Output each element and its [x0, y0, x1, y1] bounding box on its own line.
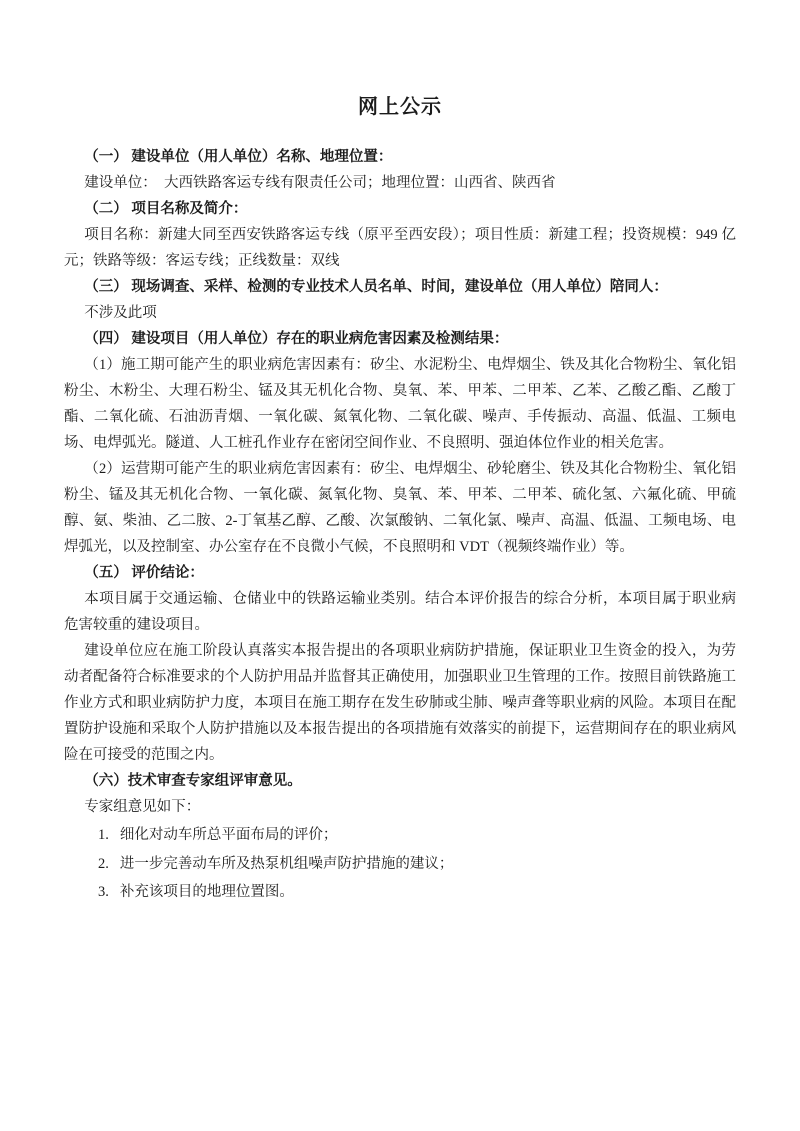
- section-project-name: （二） 项目名称及简介： 项目名称：新建大同至西安铁路客运专线（原平至西安段）；…: [64, 196, 736, 274]
- expert-opinion-item-1-number: 1.: [98, 821, 109, 850]
- page-title: 网上公示: [64, 92, 736, 122]
- section-1-paragraph: 建设单位： 大西铁路客运专线有限责任公司；地理位置：山西省、陕西省: [64, 170, 736, 196]
- section-construction-unit: （一） 建设单位（用人单位）名称、地理位置： 建设单位： 大西铁路客运专线有限责…: [64, 144, 736, 196]
- section-3-heading: （三） 现场调查、采样、检测的专业技术人员名单、时间，建设单位（用人单位）陪同人…: [64, 274, 736, 300]
- section-6-paragraph-intro: 专家组意见如下：: [64, 794, 736, 820]
- section-evaluation-conclusion: （五） 评价结论： 本项目属于交通运输、仓储业中的铁路运输业类别。结合本评价报告…: [64, 560, 736, 768]
- section-hazard-factors: （四） 建设项目（用人单位）存在的职业病危害因素及检测结果： （1）施工期可能产…: [64, 326, 736, 560]
- section-3-paragraph: 不涉及此项: [64, 300, 736, 326]
- section-2-paragraph: 项目名称：新建大同至西安铁路客运专线（原平至西安段）；项目性质：新建工程；投资规…: [64, 222, 736, 274]
- section-5-heading: （五） 评价结论：: [64, 560, 736, 586]
- expert-opinion-item-2-text: 进一步完善动车所及热泵机组噪声防护措施的建议；: [120, 856, 454, 872]
- section-4-paragraph-construction-period: （1）施工期可能产生的职业病危害因素有：矽尘、水泥粉尘、电焊烟尘、铁及其化合物粉…: [64, 352, 736, 456]
- section-4-paragraph-operation-period: （2）运营期可能产生的职业病危害因素有：矽尘、电焊烟尘、砂轮磨尘、铁及其化合物粉…: [64, 456, 736, 560]
- expert-opinion-item-2: 2.进一步完善动车所及热泵机组噪声防护措施的建议；: [64, 850, 736, 879]
- section-site-survey: （三） 现场调查、采样、检测的专业技术人员名单、时间，建设单位（用人单位）陪同人…: [64, 274, 736, 326]
- expert-opinion-item-3-text: 补充该项目的地理位置图。: [120, 884, 294, 900]
- expert-opinion-item-1: 1.细化对动车所总平面布局的评价；: [64, 821, 736, 850]
- section-1-heading: （一） 建设单位（用人单位）名称、地理位置：: [64, 144, 736, 170]
- expert-opinion-item-1-text: 细化对动车所总平面布局的评价；: [120, 827, 338, 843]
- expert-opinion-item-3-number: 3.: [98, 878, 109, 907]
- document-page: 网上公示 （一） 建设单位（用人单位）名称、地理位置： 建设单位： 大西铁路客运…: [0, 0, 800, 1131]
- expert-opinion-list: 1.细化对动车所总平面布局的评价； 2.进一步完善动车所及热泵机组噪声防护措施的…: [64, 821, 736, 907]
- section-6-heading: （六）技术审查专家组评审意见。: [64, 768, 736, 794]
- section-4-heading: （四） 建设项目（用人单位）存在的职业病危害因素及检测结果：: [64, 326, 736, 352]
- section-5-paragraph-category: 本项目属于交通运输、仓储业中的铁路运输业类别。结合本评价报告的综合分析，本项目属…: [64, 586, 736, 638]
- section-5-paragraph-measures: 建设单位应在施工阶段认真落实本报告提出的各项职业病防护措施，保证职业卫生资金的投…: [64, 638, 736, 768]
- section-expert-review: （六）技术审查专家组评审意见。 专家组意见如下： 1.细化对动车所总平面布局的评…: [64, 768, 736, 907]
- section-2-heading: （二） 项目名称及简介：: [64, 196, 736, 222]
- expert-opinion-item-2-number: 2.: [98, 850, 109, 879]
- expert-opinion-item-3: 3.补充该项目的地理位置图。: [64, 878, 736, 907]
